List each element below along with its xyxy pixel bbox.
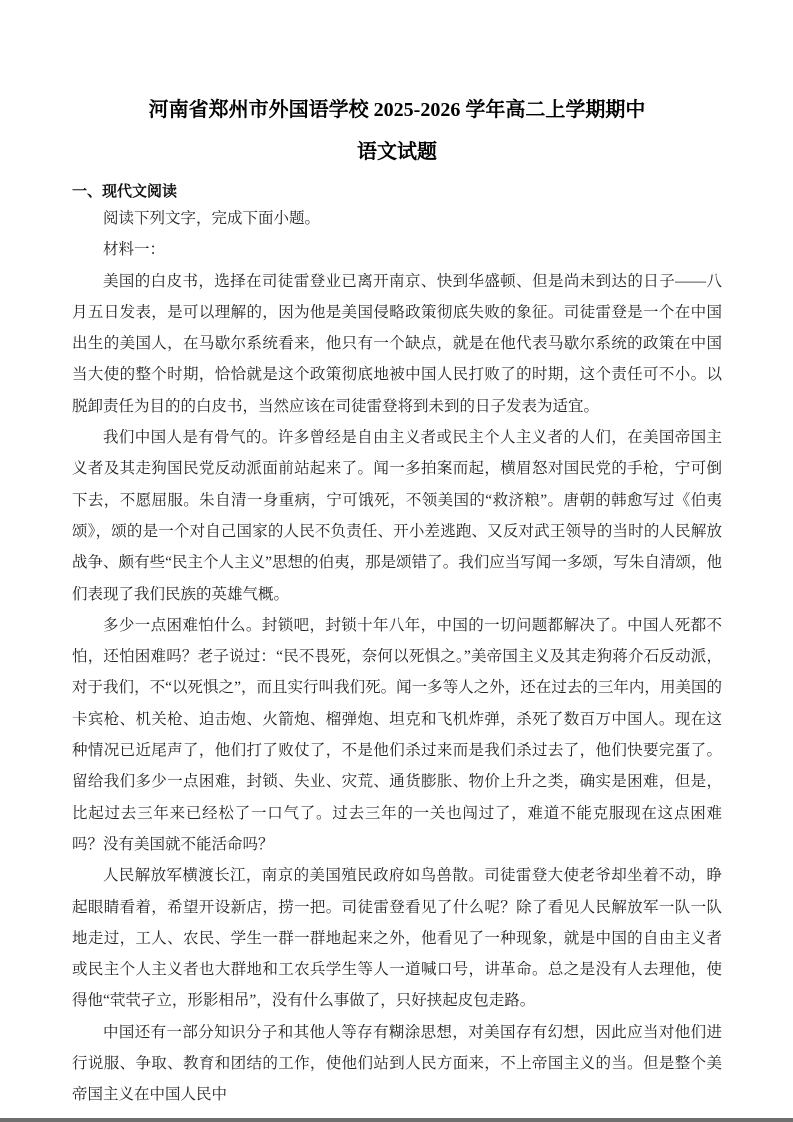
paragraph-5: 中国还有一部分知识分子和其他人等存有糊涂思想，对美国存有幻想，因此应当对他们进行… xyxy=(72,1017,722,1111)
paragraph-1: 美国的白皮书，选择在司徒雷登业已离开南京、快到华盛顿、但是尚未到达的日子——八月… xyxy=(72,266,722,422)
paragraph-2: 我们中国人是有骨气的。许多曾经是自由主义者或民主个人主义者的人们，在美国帝国主义… xyxy=(72,422,722,610)
paragraph-4: 人民解放军横渡长江，南京的美国殖民政府如鸟兽散。司徒雷登大使老爷却坐着不动，睁起… xyxy=(72,860,722,1016)
document-content: 河南省郑州市外国语学校 2025-2026 学年高二上学期期中 语文试题 一、现… xyxy=(72,0,722,1111)
exam-document-page: 河南省郑州市外国语学校 2025-2026 学年高二上学期期中 语文试题 一、现… xyxy=(0,0,793,1122)
document-subtitle: 语文试题 xyxy=(72,138,722,166)
section-heading-modern-text-reading: 一、现代文阅读 xyxy=(72,181,722,203)
paragraph-3: 多少一点困难怕什么。封锁吧，封锁十年八年，中国的一切问题都解决了。中国人死都不怕… xyxy=(72,610,722,860)
instruction-line: 阅读下列文字，完成下面小题。 xyxy=(72,203,722,234)
page-bottom-edge xyxy=(0,1118,793,1122)
material-label: 材料一： xyxy=(72,234,722,265)
document-title: 河南省郑州市外国语学校 2025-2026 学年高二上学期期中 xyxy=(72,96,722,124)
